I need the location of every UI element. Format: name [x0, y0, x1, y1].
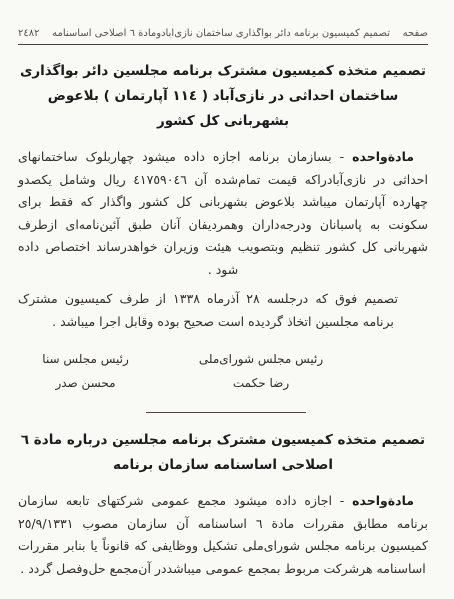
signature-block: رئیس مجلس شورای‌ملی رضا حکمت رئیس مجلس س…	[18, 347, 428, 395]
running-header-title: تصمیم کمیسیون برنامه دائر بواگذاری ساختم…	[39, 28, 402, 39]
header-rule	[18, 44, 428, 45]
signature-title: رئیس مجلس سنا	[42, 352, 128, 366]
section1-ratification-paragraph: تصمیم فوق که درجلسه ٢٨ آذرماه ١٣٣٨ از طر…	[18, 288, 428, 333]
page-number: ٢٤٨٢	[18, 28, 39, 39]
article-text: - بسازمان برنامه اجازه داده میشود چهاربل…	[18, 149, 428, 277]
signature-name: رضا حکمت	[179, 371, 343, 395]
section2-article-paragraph: مادةواحده - اجازه داده میشود مجمع عمومی …	[18, 490, 428, 580]
article-label: مادةواحده	[352, 493, 414, 508]
section2-heading: تصمیم متخذه کمیسیون مشترک برنامه مجلسین …	[18, 428, 428, 478]
signature-majlis-shora: رئیس مجلس شورای‌ملی رضا حکمت	[179, 347, 343, 395]
scanned-law-page: صفحه تصمیم کمیسیون برنامه دائر بواگذاری …	[0, 0, 454, 599]
section1-heading: تصمیم متخذه کمیسیون مشترک برنامه مجلسین …	[18, 59, 428, 134]
page-label: صفحه	[403, 28, 428, 39]
section1-article-paragraph: مادةواحده - بسازمان برنامه اجازه داده می…	[18, 146, 428, 281]
running-header: صفحه تصمیم کمیسیون برنامه دائر بواگذاری …	[18, 28, 428, 39]
signature-title: رئیس مجلس شورای‌ملی	[199, 352, 323, 366]
section-divider-rule	[146, 412, 306, 413]
signature-name: محسن صدر	[18, 371, 153, 395]
article-label: مادةواحده	[352, 149, 414, 164]
signature-majlis-sena: رئیس مجلس سنا محسن صدر	[18, 347, 153, 395]
